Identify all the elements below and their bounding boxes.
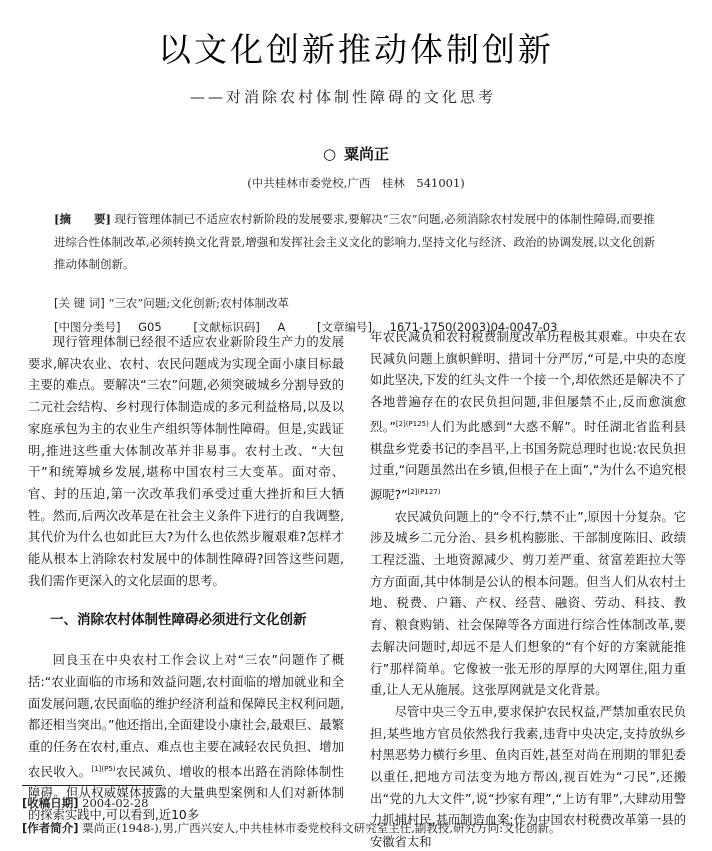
body-paragraph: 农民减负问题上的“令不行,禁不止”,原因十分复杂。它涉及城乡二元分治、县乡机构膨… [370,507,686,702]
intro-paragraph: 现行管理体制已经很不适应农业新阶段生产力的发展要求,解决农业、农村、农民问题成为… [28,332,344,592]
bio-label: [作者简介] [22,821,79,835]
body-paragraph: 年农民减负和农村税费制度改革历程极其艰难。中央在农民减负问题上旗帜鲜明、措词十分… [370,327,686,507]
abstract: [摘 要] 现行管理体制已不适应农村新阶段的发展要求,要解决“三农”问题,必须消… [54,208,666,276]
author-name: 粟尚正 [344,145,389,163]
author-affiliation: (中共桂林市委党校,广西 桂林 541001) [0,175,712,191]
citation: [1](P5) [91,765,115,773]
paragraph-text: 年农民减负和农村税费制度改革历程极其艰难。中央在农民减负问题上旗帜鲜明、措词十分… [370,330,686,434]
received-label: [收稿日期] [22,796,79,810]
received-date-note: [收稿日期] 2004-02-28 [22,795,702,811]
keywords-text: “三农”问题;文化创新;农村体制改革 [108,296,289,310]
abstract-label: [摘 要] [54,212,111,226]
footnote-divider [22,785,162,786]
right-column: 年农民减负和农村税费制度改革历程极其艰难。中央在农民减负问题上旗帜鲜明、措词十分… [370,327,686,851]
bio-value: 粟尚正(1948-),男,广西兴安人,中共桂林市委党校科文研究室主任,副教授,研… [82,821,560,835]
keywords: [关 键 词] “三农”问题;文化创新;农村体制改革 [54,295,666,311]
paragraph-text: 回良玉在中央农村工作会议上对“三农”问题作了概括:“农业面临的市场和效益问题,农… [28,653,344,779]
section-heading-1: 一、消除农村体制性障碍必须进行文化创新 [28,610,344,632]
abstract-text: 现行管理体制已不适应农村新阶段的发展要求,要解决“三农”问题,必须消除农村发展中… [54,212,655,271]
citation: [2](P125) [396,420,429,428]
article-title: 以文化创新推动体制创新 [0,24,712,71]
citation: [2](P127) [408,488,441,496]
article-subtitle: ——对消除农村体制性障碍的文化思考 [190,86,530,107]
author-circle-icon: ○ [323,145,336,163]
keywords-label: [关 键 词] [54,296,105,310]
author-line: ○粟尚正 [0,143,712,164]
received-value: 2004-02-28 [82,796,148,810]
left-column: 现行管理体制已经很不适应农业新阶段生产力的发展要求,解决农业、农村、农民问题成为… [28,332,344,827]
author-bio-note: [作者简介] 粟尚正(1948-),男,广西兴安人,中共桂林市委党校科文研究室主… [22,820,702,836]
